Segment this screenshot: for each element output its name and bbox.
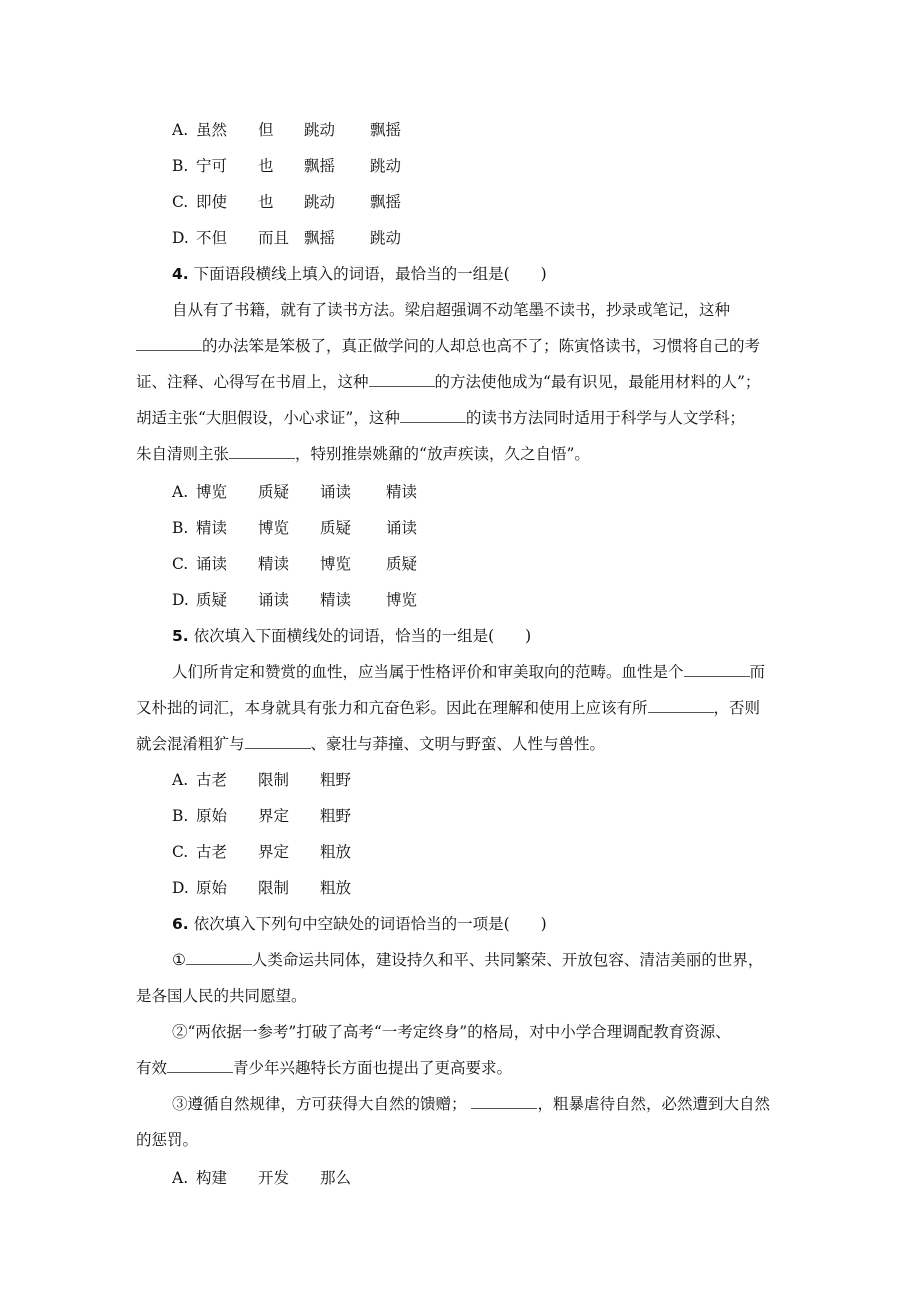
question-5-stem: 5. 依次填入下面横线处的词语，恰当的一组是( ) bbox=[172, 626, 531, 646]
option-word: 精读 bbox=[386, 482, 417, 502]
passage-text: 的方法使他成为“最有识见，最能用材料的人”； bbox=[435, 373, 761, 391]
fill-blank bbox=[684, 662, 750, 677]
passage-text: ① bbox=[172, 951, 186, 969]
option-word: 即使 bbox=[196, 192, 258, 212]
passage-text: 朱自清则主张 bbox=[136, 445, 229, 463]
option-word: 跳动 bbox=[370, 228, 401, 248]
option-letter: B. bbox=[172, 156, 196, 176]
option-word: 质疑 bbox=[320, 518, 386, 538]
option-letter: B. bbox=[172, 806, 196, 826]
question-text: 依次填入下列句中空缺处的词语恰当的一项是( ) bbox=[194, 915, 547, 933]
option-word: 古老 bbox=[196, 770, 258, 790]
passage-text: 就会混淆粗犷与 bbox=[136, 735, 245, 753]
question-text: 下面语段横线上填入的词语，最恰当的一组是( ) bbox=[194, 265, 547, 283]
fill-blank bbox=[186, 950, 252, 965]
question-text: 依次填入下面横线处的词语，恰当的一组是( ) bbox=[194, 627, 532, 645]
option-word: 博览 bbox=[196, 482, 258, 502]
option-word: 跳动 bbox=[304, 120, 370, 140]
option-word: 粗放 bbox=[320, 842, 351, 862]
option-word: 诵读 bbox=[258, 590, 320, 610]
passage-text: ③遵循自然规律，方可获得大自然的馈赠； bbox=[172, 1095, 467, 1113]
passage-text: ，特别推崇姚鼐的“放声疾读，久之自悟”。 bbox=[295, 445, 590, 463]
option-letter: A. bbox=[172, 1168, 196, 1188]
q5-option-b: B. 原始 界定 粗野 bbox=[172, 806, 351, 826]
q4-option-d: D. 质疑 诵读 精读 博览 bbox=[172, 590, 417, 610]
fill-blank bbox=[400, 408, 466, 423]
q4-option-a: A. 博览 质疑 诵读 精读 bbox=[172, 482, 417, 502]
passage-text: ，否则 bbox=[714, 699, 761, 717]
option-word: 粗野 bbox=[320, 806, 351, 826]
passage-text: 而 bbox=[750, 663, 766, 681]
q5-passage-line: 就会混淆粗犷与、豪壮与莽撞、文明与野蛮、人性与兽性。 bbox=[136, 734, 605, 754]
option-word: 博览 bbox=[320, 554, 386, 574]
q4-passage-line: 自从有了书籍，就有了读书方法。梁启超强调不动笔墨不读书，抄录或笔记，这种 bbox=[172, 300, 730, 320]
q3-option-a: A. 虽然 但 跳动 飘摇 bbox=[172, 120, 401, 140]
passage-text: 青少年兴趣特长方面也提出了更高要求。 bbox=[233, 1059, 512, 1077]
option-letter: C. bbox=[172, 842, 196, 862]
option-word: 飘摇 bbox=[370, 120, 401, 140]
passage-text: 又朴拙的词汇，本身就具有张力和亢奋色彩。因此在理解和使用上应该有所 bbox=[136, 699, 648, 717]
option-word: 那么 bbox=[320, 1168, 351, 1188]
question-number: 4. bbox=[172, 265, 189, 283]
q5-passage-line: 又朴拙的词汇，本身就具有张力和亢奋色彩。因此在理解和使用上应该有所，否则 bbox=[136, 698, 760, 718]
passage-text: 人类命运共同体，建设持久和平、共同繁荣、开放包容、清洁美丽的世界， bbox=[252, 951, 764, 969]
fill-blank bbox=[648, 698, 714, 713]
fill-blank bbox=[167, 1058, 233, 1073]
passage-text: 自从有了书籍，就有了读书方法。梁启超强调不动笔墨不读书，抄录或笔记，这种 bbox=[172, 301, 730, 319]
q5-option-c: C. 古老 界定 粗放 bbox=[172, 842, 351, 862]
option-letter: A. bbox=[172, 770, 196, 790]
q6-passage-line: ①人类命运共同体，建设持久和平、共同繁荣、开放包容、清洁美丽的世界， bbox=[172, 950, 763, 970]
q4-option-b: B. 精读 博览 质疑 诵读 bbox=[172, 518, 417, 538]
option-word: 质疑 bbox=[196, 590, 258, 610]
passage-text: 是各国人民的共同愿望。 bbox=[136, 987, 307, 1005]
passage-text: 、豪壮与莽撞、文明与野蛮、人性与兽性。 bbox=[311, 735, 606, 753]
passage-text: 人们所肯定和赞赏的血性，应当属于性格评价和审美取向的范畴。血性是个 bbox=[172, 663, 684, 681]
fill-blank bbox=[369, 372, 435, 387]
option-word: 飘摇 bbox=[370, 192, 401, 212]
option-letter: D. bbox=[172, 228, 196, 248]
option-word: 质疑 bbox=[258, 482, 320, 502]
passage-text: 胡适主张“大胆假设，小心求证”，这种 bbox=[136, 409, 400, 427]
option-word: 原始 bbox=[196, 806, 258, 826]
question-4-stem: 4. 下面语段横线上填入的词语，最恰当的一组是( ) bbox=[172, 264, 547, 284]
passage-text: 有效 bbox=[136, 1059, 167, 1077]
option-letter: D. bbox=[172, 590, 196, 610]
option-word: 构建 bbox=[196, 1168, 258, 1188]
option-word: 宁可 bbox=[196, 156, 258, 176]
option-word: 诵读 bbox=[320, 482, 386, 502]
passage-text: 的惩罚。 bbox=[136, 1131, 198, 1149]
option-word: 跳动 bbox=[304, 192, 370, 212]
option-word: 精读 bbox=[196, 518, 258, 538]
q4-option-c: C. 诵读 精读 博览 质疑 bbox=[172, 554, 417, 574]
option-word: 诵读 bbox=[386, 518, 417, 538]
q4-passage-line: 证、注释、心得写在书眉上，这种的方法使他成为“最有识见，最能用材料的人”； bbox=[136, 372, 760, 392]
option-letter: B. bbox=[172, 518, 196, 538]
option-word: 质疑 bbox=[386, 554, 417, 574]
option-word: 也 bbox=[258, 192, 304, 212]
passage-text: 证、注释、心得写在书眉上，这种 bbox=[136, 373, 369, 391]
question-number: 6. bbox=[172, 915, 189, 933]
option-word: 限制 bbox=[258, 878, 320, 898]
option-word: 精读 bbox=[258, 554, 320, 574]
question-number: 5. bbox=[172, 627, 189, 645]
option-word: 限制 bbox=[258, 770, 320, 790]
fill-blank bbox=[229, 444, 295, 459]
passage-text: ②“两依据一参考”打破了高考“一考定终身”的格局，对中小学合理调配教育资源、 bbox=[172, 1023, 731, 1041]
passage-text: ，粗暴虐待自然，必然遭到大自然 bbox=[537, 1095, 770, 1113]
option-word: 古老 bbox=[196, 842, 258, 862]
q6-passage-line: 是各国人民的共同愿望。 bbox=[136, 986, 307, 1006]
q4-passage-line: 的办法笨是笨极了，真正做学问的人却总也高不了；陈寅恪读书，习惯将自己的考 bbox=[136, 336, 760, 356]
question-6-stem: 6. 依次填入下列句中空缺处的词语恰当的一项是( ) bbox=[172, 914, 547, 934]
option-letter: C. bbox=[172, 554, 196, 574]
q6-passage-line: ②“两依据一参考”打破了高考“一考定终身”的格局，对中小学合理调配教育资源、 bbox=[172, 1022, 731, 1042]
q6-option-a: A. 构建 开发 那么 bbox=[172, 1168, 351, 1188]
fill-blank bbox=[136, 336, 202, 351]
q3-option-c: C. 即使 也 跳动 飘摇 bbox=[172, 192, 401, 212]
option-word: 飘摇 bbox=[304, 156, 370, 176]
fill-blank bbox=[245, 734, 311, 749]
option-word: 诵读 bbox=[196, 554, 258, 574]
option-word: 粗放 bbox=[320, 878, 351, 898]
option-word: 也 bbox=[258, 156, 304, 176]
q4-passage-line: 胡适主张“大胆假设，小心求证”，这种的读书方法同时适用于科学与人文学科； bbox=[136, 408, 745, 428]
option-word: 博览 bbox=[258, 518, 320, 538]
q6-passage-line: ③遵循自然规律，方可获得大自然的馈赠； ，粗暴虐待自然，必然遭到大自然 bbox=[172, 1094, 770, 1114]
passage-text: 的读书方法同时适用于科学与人文学科； bbox=[466, 409, 745, 427]
option-word: 精读 bbox=[320, 590, 386, 610]
fill-blank bbox=[471, 1094, 537, 1109]
q6-passage-line: 有效青少年兴趣特长方面也提出了更高要求。 bbox=[136, 1058, 512, 1078]
option-letter: D. bbox=[172, 878, 196, 898]
option-word: 飘摇 bbox=[304, 228, 370, 248]
q3-option-d: D. 不但 而且 飘摇 跳动 bbox=[172, 228, 401, 248]
q5-passage-line: 人们所肯定和赞赏的血性，应当属于性格评价和审美取向的范畴。血性是个而 bbox=[172, 662, 765, 682]
option-word: 开发 bbox=[258, 1168, 320, 1188]
q5-option-a: A. 古老 限制 粗野 bbox=[172, 770, 351, 790]
option-word: 但 bbox=[258, 120, 304, 140]
passage-text: 的办法笨是笨极了，真正做学问的人却总也高不了；陈寅恪读书，习惯将自己的考 bbox=[202, 337, 760, 355]
q4-passage-line: 朱自清则主张，特别推崇姚鼐的“放声疾读，久之自悟”。 bbox=[136, 444, 590, 464]
option-word: 博览 bbox=[386, 590, 417, 610]
q3-option-b: B. 宁可 也 飘摇 跳动 bbox=[172, 156, 401, 176]
option-word: 界定 bbox=[258, 842, 320, 862]
option-word: 界定 bbox=[258, 806, 320, 826]
q5-option-d: D. 原始 限制 粗放 bbox=[172, 878, 351, 898]
option-letter: A. bbox=[172, 482, 196, 502]
option-word: 虽然 bbox=[196, 120, 258, 140]
option-word: 粗野 bbox=[320, 770, 351, 790]
option-word: 跳动 bbox=[370, 156, 401, 176]
option-letter: C. bbox=[172, 192, 196, 212]
option-word: 而且 bbox=[258, 228, 304, 248]
option-word: 原始 bbox=[196, 878, 258, 898]
option-letter: A. bbox=[172, 120, 196, 140]
q6-passage-line: 的惩罚。 bbox=[136, 1130, 198, 1150]
option-word: 不但 bbox=[196, 228, 258, 248]
